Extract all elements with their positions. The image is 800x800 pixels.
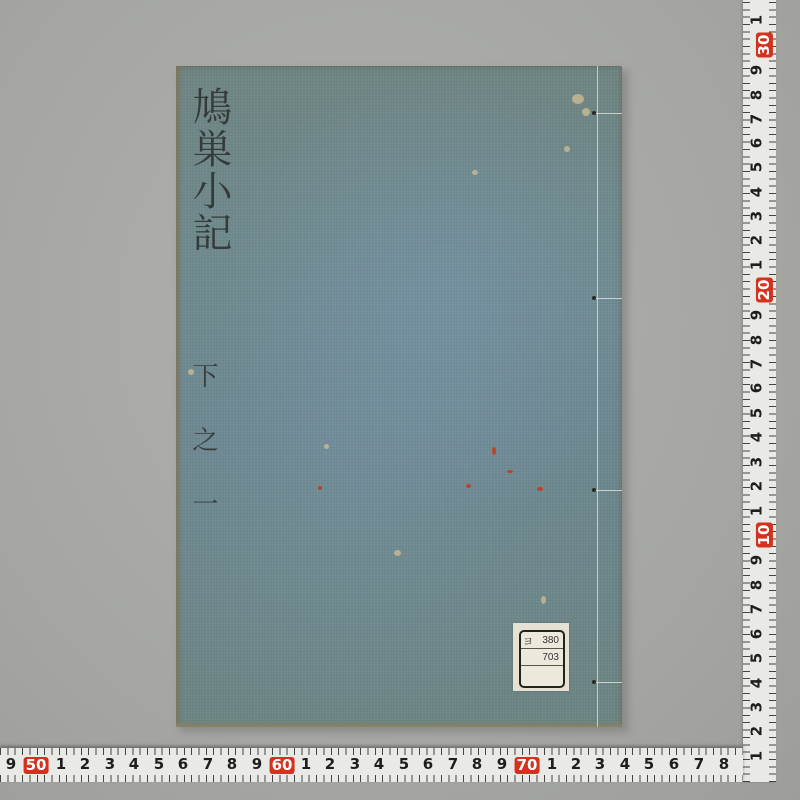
ruler-label: 7 bbox=[750, 359, 765, 369]
stain bbox=[564, 146, 570, 152]
ruler-major-label: 10 bbox=[756, 523, 773, 548]
ruler-label: 3 bbox=[595, 757, 605, 772]
ruler-label: 6 bbox=[669, 757, 679, 772]
binding-thread bbox=[597, 66, 598, 727]
stain bbox=[324, 444, 329, 449]
ruler-label: 5 bbox=[750, 408, 765, 418]
ruler-label: 4 bbox=[750, 678, 765, 688]
ruler-label: 6 bbox=[178, 757, 188, 772]
stitch-hole-icon bbox=[592, 488, 596, 492]
book-edge-left bbox=[176, 66, 182, 727]
ruler-label: 9 bbox=[750, 310, 765, 320]
ruler-label: 4 bbox=[750, 187, 765, 197]
book-edge-bottom bbox=[176, 721, 622, 727]
ruler-label: 6 bbox=[750, 383, 765, 393]
ruler-label: 5 bbox=[644, 757, 654, 772]
stitch-hole-icon bbox=[592, 111, 596, 115]
ruler-label: 1 bbox=[750, 260, 765, 270]
binding-stitch bbox=[594, 298, 622, 299]
ruler-label: 7 bbox=[448, 757, 458, 772]
ruler-major-label: 60 bbox=[270, 757, 295, 774]
ruler-label: 2 bbox=[325, 757, 335, 772]
stain bbox=[572, 94, 584, 104]
ruler-label: 1 bbox=[56, 757, 66, 772]
ruler-label: 5 bbox=[750, 653, 765, 663]
ruler-ticks bbox=[0, 775, 743, 782]
stain bbox=[188, 369, 194, 375]
ruler-label: 7 bbox=[750, 114, 765, 124]
ruler-label: 8 bbox=[750, 335, 765, 345]
stain bbox=[472, 170, 478, 175]
ruler-label: 3 bbox=[750, 702, 765, 712]
book-cover: 鳩巣小記 下 之 一 ヨ 380 703 bbox=[176, 66, 622, 727]
red-mark bbox=[537, 487, 543, 491]
ruler-label: 5 bbox=[399, 757, 409, 772]
ruler-label: 6 bbox=[750, 629, 765, 639]
ruler-label: 4 bbox=[374, 757, 384, 772]
ruler-label: 8 bbox=[719, 757, 729, 772]
stain bbox=[394, 550, 401, 556]
ruler-major-label: 70 bbox=[515, 757, 540, 774]
ruler-label: 3 bbox=[750, 457, 765, 467]
red-mark bbox=[492, 447, 496, 455]
label-row-3 bbox=[521, 666, 563, 683]
ruler-ticks bbox=[0, 748, 743, 755]
ruler-label: 9 bbox=[750, 555, 765, 565]
red-mark bbox=[507, 470, 513, 473]
ruler-ticks bbox=[769, 0, 776, 782]
ruler-label: 5 bbox=[154, 757, 164, 772]
ruler-label: 1 bbox=[547, 757, 557, 772]
ruler-label: 3 bbox=[350, 757, 360, 772]
ruler-label: 1 bbox=[750, 751, 765, 761]
ruler-label: 9 bbox=[750, 65, 765, 75]
ruler-label: 1 bbox=[750, 506, 765, 516]
stitch-hole-icon bbox=[592, 296, 596, 300]
vertical-ruler: 1 30 9 8 7 6 5 4 3 2 1 20 9 8 7 6 5 4 3 … bbox=[743, 0, 776, 782]
shelf-label: ヨ 380 703 bbox=[513, 623, 569, 691]
stitch-hole-icon bbox=[592, 680, 596, 684]
label-row-2: 703 bbox=[521, 649, 563, 666]
horizontal-ruler: 9 50 1 2 3 4 5 6 7 8 9 60 1 2 3 4 5 6 7 … bbox=[0, 748, 743, 782]
ruler-label: 8 bbox=[472, 757, 482, 772]
ruler-label: 3 bbox=[105, 757, 115, 772]
label-row-1: ヨ 380 bbox=[521, 632, 563, 649]
ruler-label: 8 bbox=[750, 90, 765, 100]
stain bbox=[582, 108, 590, 116]
ruler-label: 1 bbox=[301, 757, 311, 772]
ruler-label: 3 bbox=[750, 211, 765, 221]
binding-stitch bbox=[594, 682, 622, 683]
ruler-label: 8 bbox=[227, 757, 237, 772]
ruler-major-label: 20 bbox=[756, 278, 773, 303]
ruler-label: 7 bbox=[750, 604, 765, 614]
ruler-label: 6 bbox=[423, 757, 433, 772]
ruler-label: 2 bbox=[80, 757, 90, 772]
ruler-label: 2 bbox=[750, 726, 765, 736]
ruler-label: 6 bbox=[750, 138, 765, 148]
ruler-label: 2 bbox=[571, 757, 581, 772]
ruler-label: 2 bbox=[750, 481, 765, 491]
label-class-number: 380 bbox=[533, 635, 561, 646]
ruler-label: 7 bbox=[694, 757, 704, 772]
ruler-label: 9 bbox=[497, 757, 507, 772]
ruler-label: 4 bbox=[129, 757, 139, 772]
ruler-major-label: 50 bbox=[24, 757, 49, 774]
ruler-label: 8 bbox=[750, 580, 765, 590]
handwritten-title: 鳩巣小記 bbox=[186, 86, 232, 254]
ruler-major-label: 30 bbox=[756, 33, 773, 58]
label-prefix: ヨ bbox=[523, 633, 533, 648]
ruler-label: 9 bbox=[252, 757, 262, 772]
binding-stitch bbox=[594, 113, 622, 114]
ruler-label: 4 bbox=[620, 757, 630, 772]
label-frame: ヨ 380 703 bbox=[519, 630, 565, 688]
ruler-label: 1 bbox=[750, 15, 765, 25]
volume-mark: 下 之 一 bbox=[188, 362, 218, 520]
ruler-label: 4 bbox=[750, 432, 765, 442]
red-mark bbox=[466, 484, 471, 488]
ruler-label: 2 bbox=[750, 235, 765, 245]
stain bbox=[541, 596, 546, 604]
red-mark bbox=[318, 486, 322, 490]
label-item-number: 703 bbox=[523, 652, 561, 663]
ruler-label: 7 bbox=[203, 757, 213, 772]
ruler-label: 9 bbox=[6, 757, 16, 772]
ruler-label: 5 bbox=[750, 162, 765, 172]
binding-stitch bbox=[594, 490, 622, 491]
